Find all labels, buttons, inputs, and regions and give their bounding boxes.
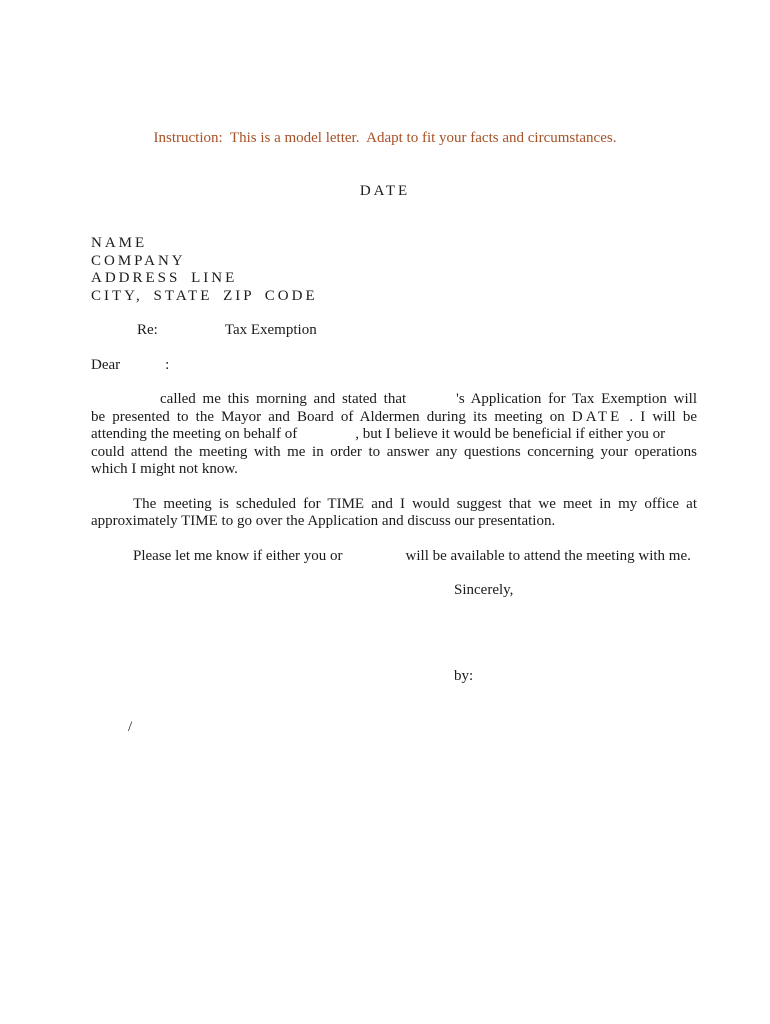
body-text: Please let me know if either you or	[133, 548, 343, 564]
body-line: could attend the meeting with me in orde…	[91, 444, 697, 462]
letter-page: Instruction: This is a model letter. Ada…	[0, 0, 770, 1024]
recipient-block: NAME COMPANY ADDRESS LINE CITY, STATE ZI…	[91, 235, 697, 305]
body-line: which I might not know.	[91, 461, 697, 479]
body-text: The meeting is scheduled for TIME and I …	[133, 496, 697, 512]
body-text: which I might not know.	[91, 461, 238, 477]
body-line: called me this morning and stated that's…	[91, 391, 697, 409]
re-label: Re:	[137, 322, 158, 338]
recipient-name-line: NAME	[91, 235, 697, 253]
signature-by-line: by:	[91, 668, 697, 686]
date-placeholder: DATE	[0, 183, 770, 201]
salutation-word: Dear	[91, 357, 120, 373]
body-text: attending the meeting on behalf of	[91, 426, 297, 442]
salutation-colon: :	[165, 357, 169, 373]
body-text: could attend the meeting with me in orde…	[91, 444, 697, 460]
closing-line: Sincerely,	[91, 582, 697, 600]
closing-sincerely: Sincerely,	[454, 582, 513, 598]
body-line: attending the meeting on behalf of, but …	[91, 426, 697, 444]
body-line: approximately TIME to go over the Applic…	[91, 513, 697, 531]
reference-initials-slash: /	[128, 719, 132, 735]
reference-initials-line: /	[91, 719, 697, 737]
instruction-note: Instruction: This is a model letter. Ada…	[0, 130, 770, 148]
paragraph-3: Please let me know if either you orwill …	[91, 548, 697, 566]
body-text: be presented to the Mayor and Board of A…	[91, 409, 565, 425]
recipient-company-line: COMPANY	[91, 253, 697, 271]
body-line: be presented to the Mayor and Board of A…	[91, 409, 697, 427]
recipient-address-line: ADDRESS LINE	[91, 270, 697, 288]
signature-by-label: by:	[454, 668, 473, 684]
paragraph-2: The meeting is scheduled for TIME and I …	[91, 496, 697, 531]
paragraph-1: called me this morning and stated that's…	[91, 391, 697, 479]
re-subject: Tax Exemption	[225, 322, 317, 338]
body-line: The meeting is scheduled for TIME and I …	[91, 496, 697, 514]
body-text: 's Application for Tax Exemption will	[456, 391, 697, 407]
body-text: will be available to attend the meeting …	[406, 548, 691, 564]
date-placeholder-inline: DATE	[572, 409, 622, 425]
body-text: . I will be	[629, 409, 697, 425]
salutation: Dear:	[91, 357, 697, 375]
re-line: Re:Tax Exemption	[91, 322, 697, 340]
body-text: called me this morning and stated that	[160, 391, 406, 407]
body-line: Please let me know if either you orwill …	[91, 548, 697, 566]
recipient-city-line: CITY, STATE ZIP CODE	[91, 288, 697, 306]
body-text: approximately TIME to go over the Applic…	[91, 513, 555, 529]
body-text: , but I believe it would be beneficial i…	[355, 426, 665, 442]
